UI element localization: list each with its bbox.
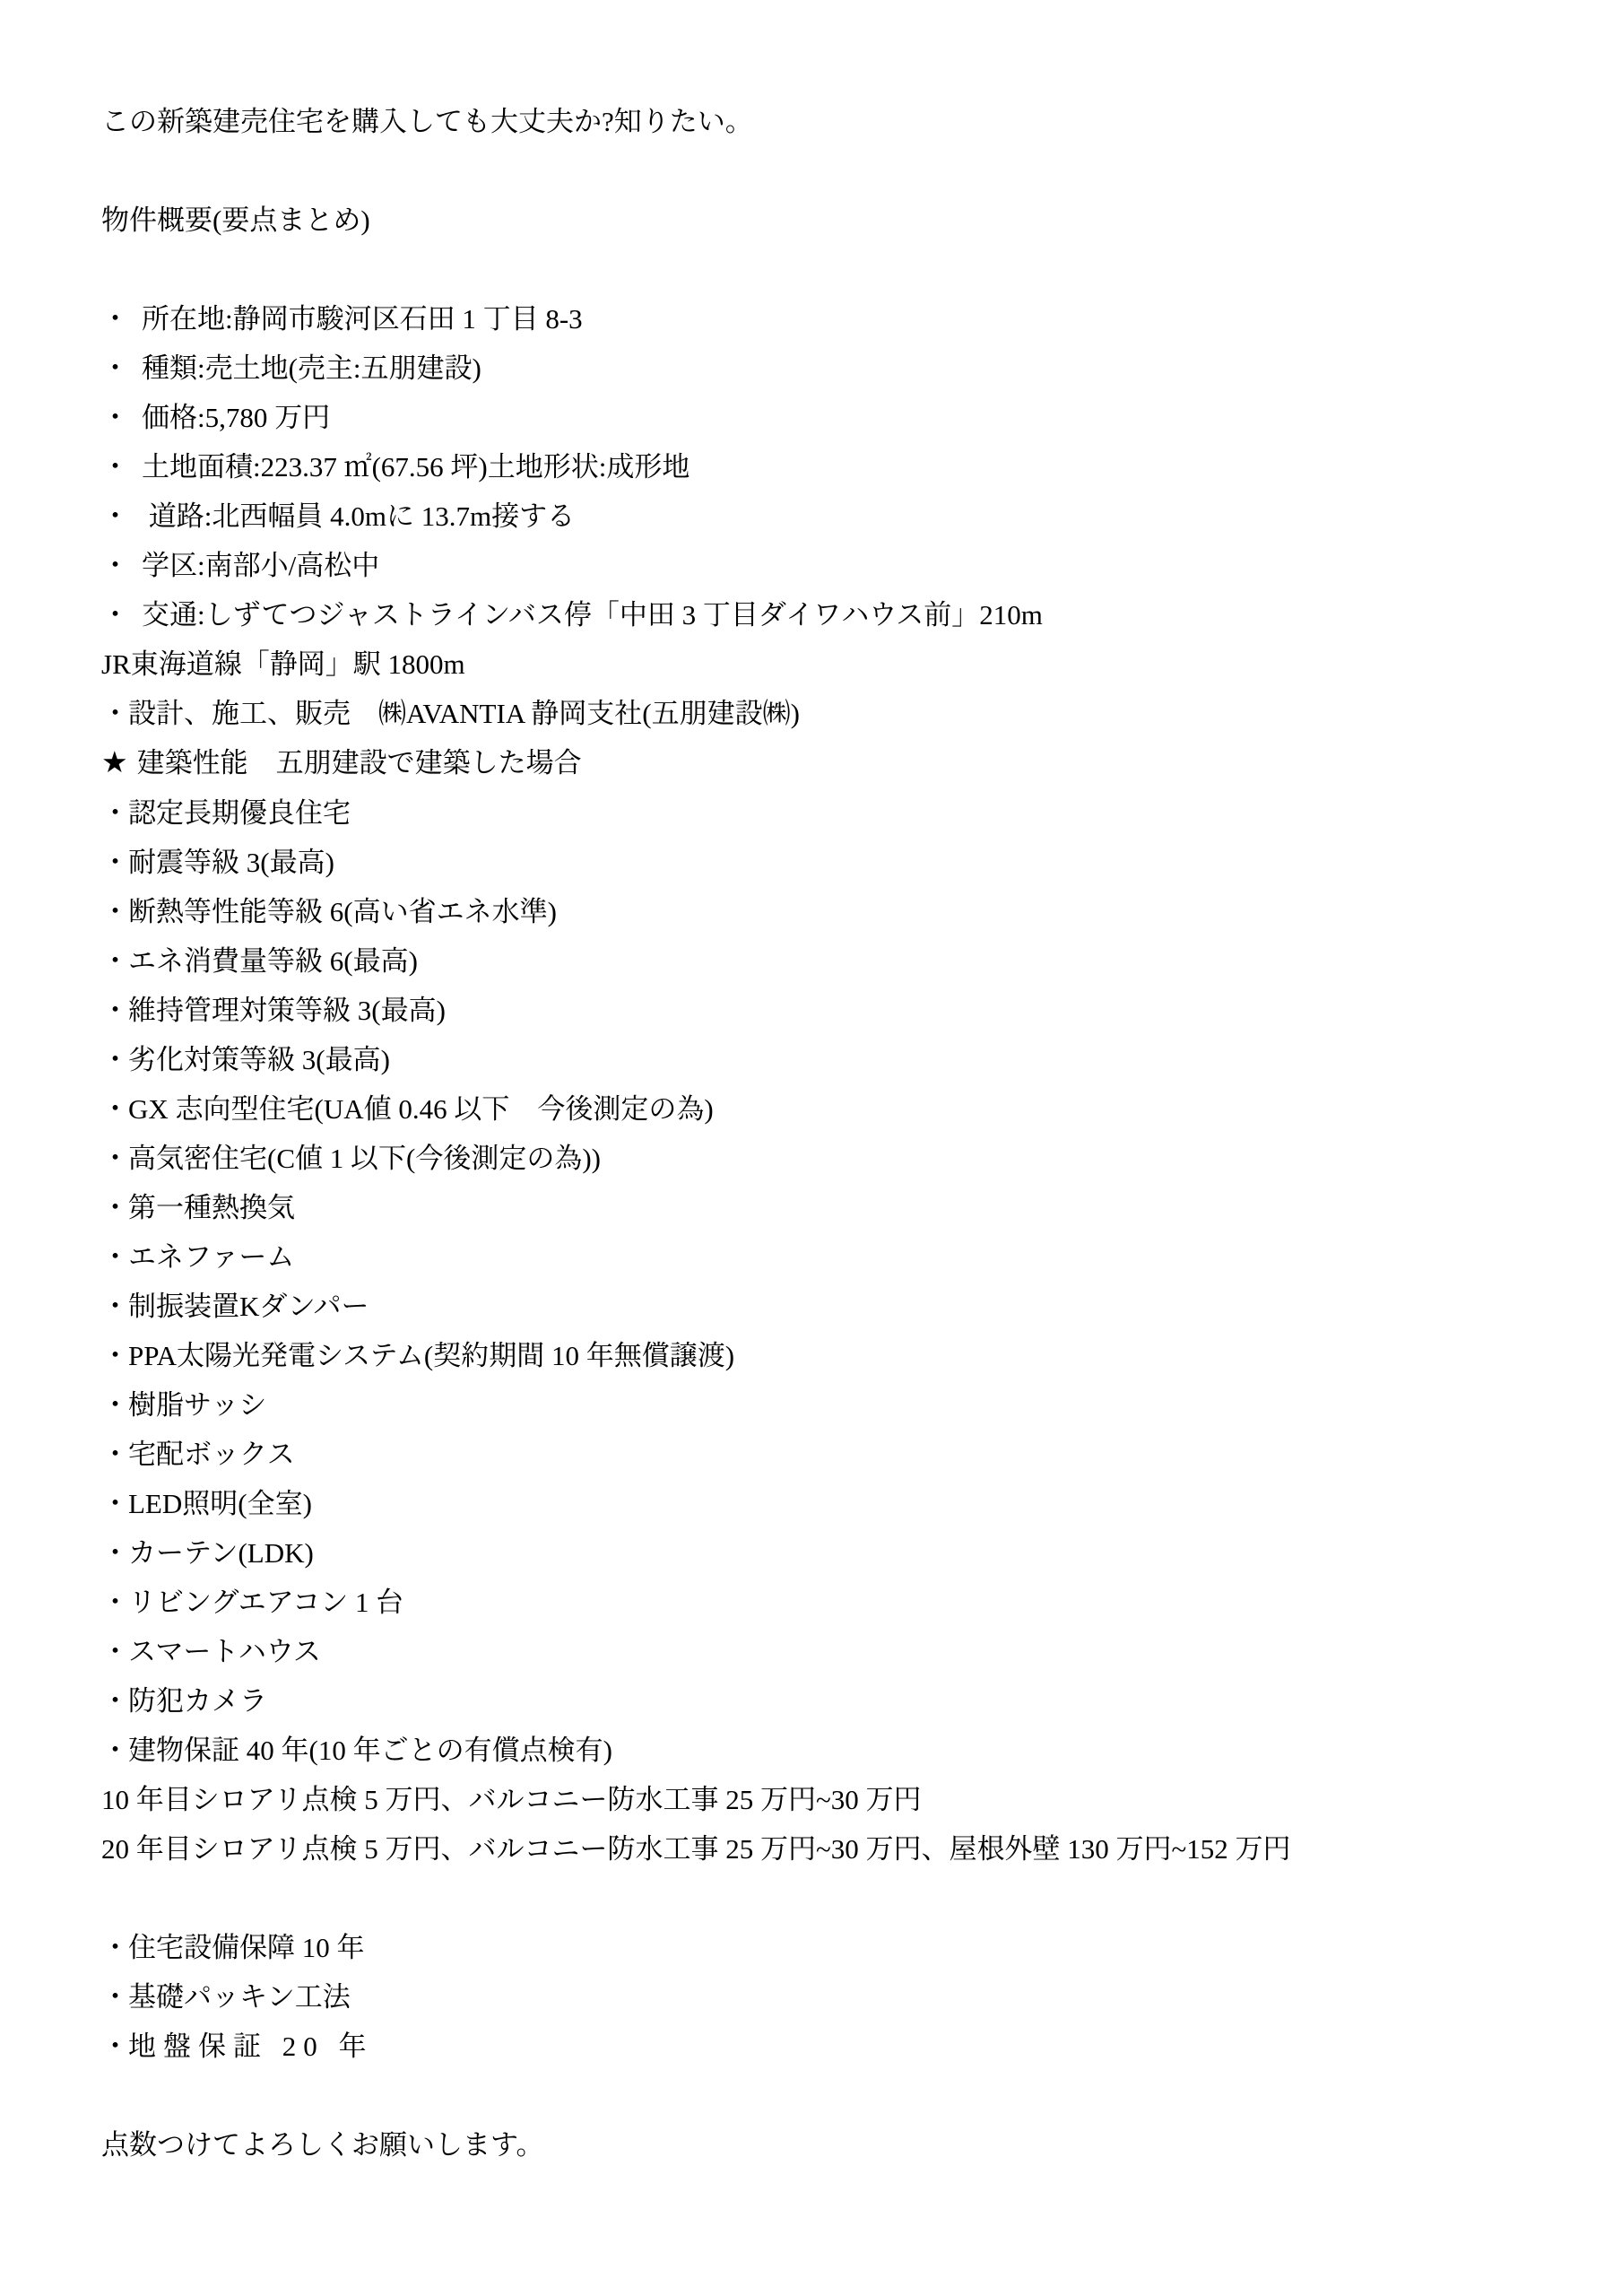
bullet-item: ・カーテン(LDK): [101, 1528, 1559, 1578]
blank-line: [101, 1874, 1559, 1923]
bullet-marker: ・: [101, 1676, 128, 1726]
document-body: この新築建売住宅を購入しても大丈夫か?知りたい。物件概要(要点まとめ)・所在地:…: [101, 97, 1559, 2170]
bullet-item: ・所在地:静岡市駿河区石田 1 丁目 8-3: [101, 294, 1559, 344]
line-text: カーテン(LDK): [128, 1537, 314, 1569]
paragraph-line: この新築建売住宅を購入しても大丈夫か?知りたい。: [101, 97, 1559, 146]
bullet-item: ・制振装置Kダンパー: [101, 1282, 1559, 1331]
line-text: LED照明(全室): [128, 1488, 312, 1519]
bullet-item: ・交通:しずてつジャストラインバス停「中田 3 丁目ダイワハウス前」210m: [101, 590, 1559, 639]
bullet-marker: ・: [101, 1282, 128, 1331]
star-heading: ★建築性能 五朋建設で建築した場合: [101, 738, 1559, 788]
line-text: 所在地:静岡市駿河区石田 1 丁目 8-3: [142, 303, 583, 335]
line-text: 土地面積:223.37 ㎡(67.56 坪)土地形状:成形地: [142, 451, 690, 483]
line-text: 建築性能 五朋建設で建築した場合: [137, 747, 582, 778]
bullet-item: ・樹脂サッシ: [101, 1380, 1559, 1430]
bullet-marker: ・: [101, 491, 142, 541]
line-text: 道路:北西幅員 4.0mに 13.7m接する: [142, 500, 575, 532]
line-text: 断熱等性能等級 6(高い省エネ水準): [128, 896, 557, 927]
bullet-marker: ・: [101, 590, 142, 639]
line-text: 物件概要(要点まとめ): [101, 204, 370, 236]
line-text: 価格:5,780 万円: [142, 402, 330, 433]
bullet-marker: ・: [101, 1430, 128, 1479]
bullet-item: ・エネ消費量等級 6(最高): [101, 936, 1559, 986]
bullet-marker: ・: [101, 1183, 128, 1232]
line-text: 10 年目シロアリ点検 5 万円、バルコニー防水工事 25 万円~30 万円: [101, 1784, 922, 1815]
bullet-item: ・種類:売土地(売主:五朋建設): [101, 344, 1559, 393]
bullet-item: ・第一種熱換気: [101, 1183, 1559, 1232]
line-text: GX 志向型住宅(UA値 0.46 以下 今後測定の為): [128, 1093, 714, 1125]
line-text: 建物保証 40 年(10 年ごとの有償点検有): [128, 1735, 612, 1766]
line-text: 宅配ボックス: [128, 1439, 295, 1470]
bullet-marker: ・: [101, 1331, 128, 1380]
line-text: 樹脂サッシ: [128, 1389, 266, 1421]
paragraph-line: 20 年目シロアリ点検 5 万円、バルコニー防水工事 25 万円~30 万円、屋…: [101, 1824, 1559, 1874]
line-text: スマートハウス: [128, 1636, 321, 1667]
bullet-marker: ・: [101, 1923, 128, 1972]
line-text: 認定長期優良住宅: [128, 797, 351, 829]
bullet-marker: ・: [101, 1380, 128, 1430]
bullet-item: ・高気密住宅(C値 1 以下(今後測定の為)): [101, 1134, 1559, 1183]
line-text: 点数つけてよろしくお願いします。: [101, 2129, 544, 2161]
bullet-item: ・維持管理対策等級 3(最高): [101, 986, 1559, 1035]
bullet-marker: ・: [101, 1726, 128, 1775]
bullet-item: ・劣化対策等級 3(最高): [101, 1035, 1559, 1084]
line-text: 維持管理対策等級 3(最高): [128, 995, 446, 1026]
bullet-item: ・エネファーム: [101, 1232, 1559, 1282]
bullet-marker: ・: [101, 294, 142, 344]
line-text: 劣化対策等級 3(最高): [128, 1044, 390, 1075]
bullet-item: ・LED照明(全室): [101, 1479, 1559, 1528]
line-text: 防犯カメラ: [128, 1685, 267, 1717]
paragraph-line: 点数つけてよろしくお願いします。: [101, 2120, 1559, 2170]
line-text: 20 年目シロアリ点検 5 万円、バルコニー防水工事 25 万円~30 万円、屋…: [101, 1833, 1291, 1865]
bullet-item: ・断熱等性能等級 6(高い省エネ水準): [101, 887, 1559, 936]
line-text: 第一種熱換気: [128, 1192, 295, 1223]
bullet-marker: ・: [101, 1035, 128, 1084]
line-text: JR東海道線「静岡」駅 1800m: [101, 648, 465, 680]
line-text: エネファーム: [128, 1241, 294, 1273]
blank-line: [101, 245, 1559, 294]
bullet-marker: ・: [101, 344, 142, 393]
line-text: リビングエアコン 1 台: [128, 1587, 403, 1618]
line-text: 高気密住宅(C値 1 以下(今後測定の為)): [128, 1143, 601, 1174]
bullet-item: ・住宅設備保障 10 年: [101, 1923, 1559, 1972]
document-page: この新築建売住宅を購入しても大丈夫か?知りたい。物件概要(要点まとめ)・所在地:…: [0, 0, 1622, 2296]
blank-line: [101, 146, 1559, 196]
paragraph-line: 物件概要(要点まとめ): [101, 196, 1559, 245]
bullet-item: ・地盤保証 20 年: [101, 2022, 1559, 2071]
bullet-item: ・学区:南部小/高松中: [101, 541, 1559, 590]
bullet-marker: ・: [101, 1972, 128, 2022]
line-text: 学区:南部小/高松中: [142, 550, 379, 581]
line-text: 種類:売土地(売主:五朋建設): [142, 352, 481, 384]
bullet-marker: ・: [101, 1134, 128, 1183]
bullet-marker: ・: [101, 689, 128, 738]
bullet-marker: ・: [101, 1627, 128, 1676]
bullet-marker: ・: [101, 1578, 128, 1627]
bullet-marker: ・: [101, 1479, 128, 1528]
line-text: 耐震等級 3(最高): [128, 847, 334, 878]
bullet-marker: ・: [101, 442, 142, 491]
line-text: 地盤保証 20 年: [128, 2031, 374, 2062]
line-text: 交通:しずてつジャストラインバス停「中田 3 丁目ダイワハウス前」210m: [142, 599, 1043, 631]
bullet-item: ・認定長期優良住宅: [101, 788, 1559, 838]
bullet-marker: ・: [101, 838, 128, 887]
bullet-marker: ・: [101, 1232, 128, 1282]
line-text: 設計、施工、販売 ㈱AVANTIA 静岡支社(五朋建設㈱): [128, 698, 800, 729]
bullet-marker: ・: [101, 2022, 128, 2071]
bullet-item: ・リビングエアコン 1 台: [101, 1578, 1559, 1627]
bullet-item: ・設計、施工、販売 ㈱AVANTIA 静岡支社(五朋建設㈱): [101, 689, 1559, 738]
paragraph-line: 10 年目シロアリ点検 5 万円、バルコニー防水工事 25 万円~30 万円: [101, 1775, 1559, 1824]
bullet-marker: ・: [101, 986, 128, 1035]
blank-line: [101, 2071, 1559, 2120]
star-icon: ★: [101, 739, 128, 788]
bullet-item: ・宅配ボックス: [101, 1430, 1559, 1479]
bullet-item: ・建物保証 40 年(10 年ごとの有償点検有): [101, 1726, 1559, 1775]
bullet-item: ・GX 志向型住宅(UA値 0.46 以下 今後測定の為): [101, 1084, 1559, 1134]
bullet-item: ・価格:5,780 万円: [101, 393, 1559, 442]
bullet-marker: ・: [101, 393, 142, 442]
bullet-item: ・スマートハウス: [101, 1627, 1559, 1676]
bullet-marker: ・: [101, 887, 128, 936]
bullet-item: ・PPA太陽光発電システム(契約期間 10 年無償譲渡): [101, 1331, 1559, 1380]
line-text: この新築建売住宅を購入しても大丈夫か?知りたい。: [101, 106, 753, 137]
bullet-item: ・土地面積:223.37 ㎡(67.56 坪)土地形状:成形地: [101, 442, 1559, 491]
bullet-item: ・防犯カメラ: [101, 1676, 1559, 1726]
bullet-marker: ・: [101, 936, 128, 986]
bullet-marker: ・: [101, 788, 128, 838]
bullet-marker: ・: [101, 1084, 128, 1134]
bullet-item: ・ 道路:北西幅員 4.0mに 13.7m接する: [101, 491, 1559, 541]
line-text: 住宅設備保障 10 年: [128, 1932, 365, 1963]
line-text: 制振装置Kダンパー: [128, 1291, 369, 1322]
paragraph-line: JR東海道線「静岡」駅 1800m: [101, 639, 1559, 689]
line-text: 基礎パッキン工法: [128, 1981, 351, 2013]
bullet-item: ・基礎パッキン工法: [101, 1972, 1559, 2022]
line-text: エネ消費量等級 6(最高): [128, 945, 418, 977]
bullet-marker: ・: [101, 1528, 128, 1578]
line-text: PPA太陽光発電システム(契約期間 10 年無償譲渡): [128, 1340, 734, 1371]
bullet-marker: ・: [101, 541, 142, 590]
bullet-item: ・耐震等級 3(最高): [101, 838, 1559, 887]
